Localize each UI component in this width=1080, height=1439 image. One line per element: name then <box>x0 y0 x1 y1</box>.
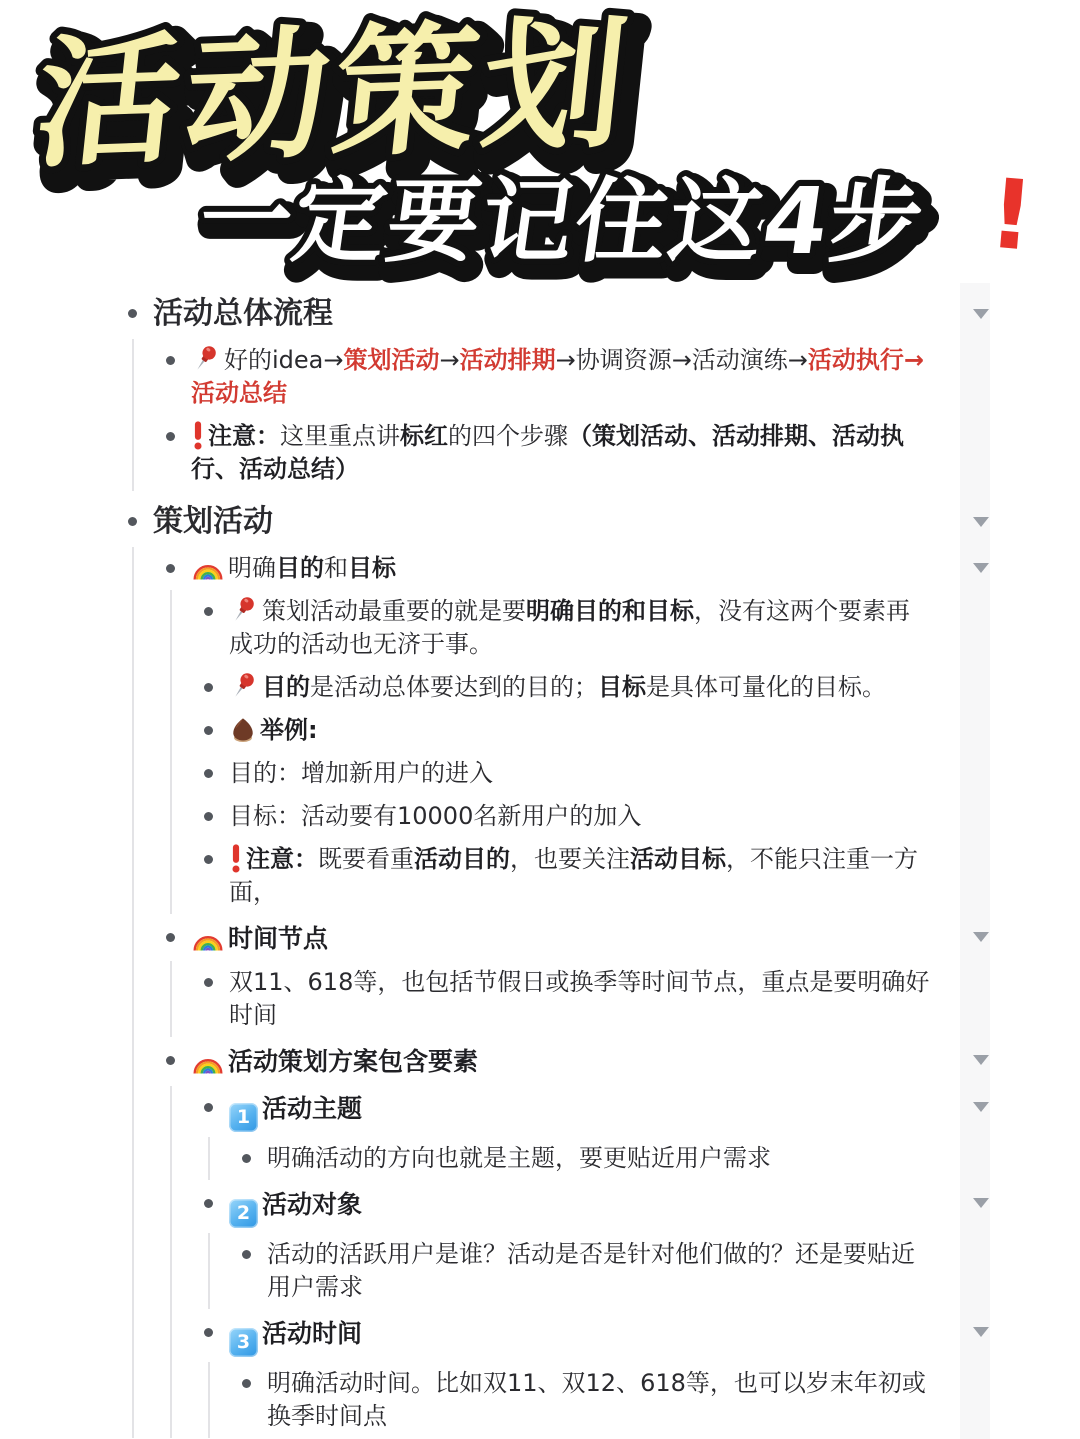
bullet-dot[interactable] <box>204 855 213 864</box>
bullet-dot[interactable] <box>204 1328 213 1337</box>
bullet-area <box>128 502 153 526</box>
outline-node-purpose-vs-target-item: 目的是活动总体要达到的目的；目标是具体可量化的目标。 <box>204 666 1080 709</box>
text-segment: 和 <box>324 554 348 582</box>
bullet-area <box>204 1187 229 1208</box>
node-text: 目的是活动总体要达到的目的；目标是具体可量化的目标。 <box>229 671 930 704</box>
collapse-arrow-icon[interactable] <box>973 1327 989 1337</box>
chestnut-icon <box>229 716 257 744</box>
text-segment: 活动主题 <box>262 1094 362 1123</box>
rainbow-icon <box>191 923 225 953</box>
node-text: 活动策划方案包含要素 <box>191 1044 930 1079</box>
theme-item[interactable]: 1活动主题 <box>204 1086 1080 1137</box>
text-segment: 策划活动 <box>343 346 439 374</box>
node-text: 目标：活动要有10000名新用户的加入 <box>229 800 930 833</box>
keycap-1-icon: 1 <box>229 1103 258 1132</box>
purpose-vs-target-item[interactable]: 目的是活动总体要达到的目的；目标是具体可量化的目标。 <box>204 666 1080 709</box>
text-segment: 明确活动的方向也就是主题，要更贴近用户需求 <box>267 1144 771 1172</box>
bullet-area <box>166 420 191 441</box>
time-item[interactable]: 3活动时间 <box>204 1311 1080 1362</box>
outline-node-plan-elements-item: 活动策划方案包含要素1活动主题明确活动的方向也就是主题，要更贴近用户需求2活动对… <box>166 1039 1080 1438</box>
node-text: 明确活动时间。比如双11、双12、618等，也可以岁末年初或换季时间点 <box>267 1367 930 1433</box>
node-text: 举例: <box>229 714 930 747</box>
bullet-dot[interactable] <box>204 607 213 616</box>
text-segment: 这里重点讲 <box>280 422 400 450</box>
text-segment: ，也要关注 <box>510 845 630 873</box>
outline: 活动总体流程好的idea→策划活动→活动排期→协调资源→活动演练→活动执行→活动… <box>0 283 1080 1438</box>
text-segment: 活动对象 <box>262 1190 362 1219</box>
theme-detail-item[interactable]: 明确活动的方向也就是主题，要更贴近用户需求 <box>242 1137 1080 1180</box>
keycap-3-icon: 3 <box>229 1328 258 1357</box>
bullet-dot[interactable] <box>166 1056 175 1065</box>
node-text: 活动的活跃用户是谁？活动是否是针对他们做的？还是要贴近用户需求 <box>267 1238 930 1304</box>
text-segment: 目的 <box>276 554 324 582</box>
title-art: 活动策划 活动策划 一定要记住这4步 一定要记住这4步 ! <box>0 0 1080 283</box>
text-segment: 目标 <box>348 554 396 582</box>
pushpin-icon <box>191 344 221 374</box>
text-segment: 是具体可量化的目标。 <box>646 673 886 701</box>
text-segment: 策划活动最重要的就是要 <box>262 597 526 625</box>
text-segment: 目标 <box>598 673 646 701</box>
node-text: 策划活动最重要的就是要明确目的和目标，没有这两个要素再成功的活动也无济于事。 <box>229 595 930 661</box>
example-item[interactable]: 举例: <box>204 709 1080 752</box>
bullet-dot[interactable] <box>204 726 213 735</box>
text-segment: 是活动总体要达到的目的； <box>310 673 598 701</box>
bullet-area <box>204 671 229 692</box>
children-of-overall-process-header: 好的idea→策划活动→活动排期→协调资源→活动演练→活动执行→活动总结注意：这… <box>132 339 1080 491</box>
outline-node-audience-detail-item: 活动的活跃用户是谁？活动是否是针对他们做的？还是要贴近用户需求 <box>242 1233 1080 1309</box>
collapse-arrow-icon[interactable] <box>973 563 989 573</box>
children-of-time-item: 明确活动时间。比如双11、双12、618等，也可以岁末年初或换季时间点 <box>208 1362 1080 1438</box>
outline-node-example-item: 举例: <box>204 709 1080 752</box>
collapse-arrow-icon[interactable] <box>973 517 989 527</box>
bullet-area <box>166 552 191 573</box>
rainbow-icon <box>191 1046 225 1076</box>
title-sub: 一定要记住这4步 <box>192 167 931 274</box>
bullet-dot[interactable] <box>128 517 137 526</box>
target-example-item[interactable]: 目标：活动要有10000名新用户的加入 <box>204 795 1080 838</box>
outline-node-time-item: 3活动时间明确活动时间。比如双11、双12、618等，也可以岁末年初或换季时间点 <box>204 1311 1080 1438</box>
bullet-dot[interactable] <box>166 933 175 942</box>
overall-process-header[interactable]: 活动总体流程 <box>128 289 1080 339</box>
text-segment: 明确 <box>228 554 276 582</box>
text-segment: 活动的活跃用户是谁？活动是否是针对他们做的？还是要贴近用户需求 <box>267 1240 915 1301</box>
bullet-area <box>166 1044 191 1065</box>
text-segment: → <box>439 346 459 374</box>
text-segment: 明确活动时间。比如双11、双12、618等，也可以岁末年初或换季时间点 <box>267 1369 926 1430</box>
outline-node-time-detail-item: 明确活动时间。比如双11、双12、618等，也可以岁末年初或换季时间点 <box>242 1362 1080 1438</box>
bullet-dot[interactable] <box>166 356 175 365</box>
pushpin-icon <box>229 671 259 701</box>
bullet-dot[interactable] <box>242 1250 251 1259</box>
collapse-arrow-icon[interactable] <box>973 932 989 942</box>
bullet-area <box>204 800 229 821</box>
node-text: 目的：增加新用户的进入 <box>229 757 930 790</box>
text-segment: 目的 <box>262 673 310 701</box>
outline-node-attention-balance-item: 注意：既要看重活动目的，也要关注活动目标，不能只注重一方面， <box>204 838 1080 914</box>
bullet-dot[interactable] <box>128 309 137 318</box>
outline-node-purpose-example-item: 目的：增加新用户的进入 <box>204 752 1080 795</box>
bullet-area <box>166 921 191 942</box>
text-segment: 标红 <box>400 422 448 450</box>
node-text: 双11、618等，也包括节假日或换季等时间节点，重点是要明确好时间 <box>229 966 930 1032</box>
text-segment: 的四个步骤 <box>448 422 568 450</box>
collapse-arrow-icon[interactable] <box>973 309 989 319</box>
collapse-arrow-icon[interactable] <box>973 1102 989 1112</box>
node-text: 活动总体流程 <box>153 294 930 334</box>
collapse-arrow-icon[interactable] <box>973 1055 989 1065</box>
planning-header[interactable]: 策划活动 <box>128 497 1080 547</box>
bullet-area <box>242 1238 267 1259</box>
text-segment: 注意： <box>246 845 318 873</box>
outline-node-time-node-item: 时间节点双11、618等，也包括节假日或换季等时间节点，重点是要明确好时间 <box>166 916 1080 1037</box>
bullet-dot[interactable] <box>204 769 213 778</box>
children-of-clarify-goals-item: 策划活动最重要的就是要明确目的和目标，没有这两个要素再成功的活动也无济于事。目的… <box>170 590 1080 914</box>
audience-item[interactable]: 2活动对象 <box>204 1182 1080 1233</box>
children-of-audience-item: 活动的活跃用户是谁？活动是否是针对他们做的？还是要贴近用户需求 <box>208 1233 1080 1309</box>
text-segment: 注意： <box>208 422 280 450</box>
outline-node-time-node-detail-item: 双11、618等，也包括节假日或换季等时间节点，重点是要明确好时间 <box>204 961 1080 1037</box>
bullet-dot[interactable] <box>204 683 213 692</box>
bullet-area <box>204 714 229 735</box>
collapse-arrow-icon[interactable] <box>973 1198 989 1208</box>
bullet-area <box>204 757 229 778</box>
text-segment: →协调资源→活动演练→ <box>556 346 808 374</box>
node-text: 好的idea→策划活动→活动排期→协调资源→活动演练→活动执行→活动总结 <box>191 344 930 410</box>
bullet-area <box>204 1316 229 1337</box>
bullet-dot[interactable] <box>166 432 175 441</box>
bullet-area <box>204 843 229 864</box>
outline-node-overall-process-header: 活动总体流程好的idea→策划活动→活动排期→协调资源→活动演练→活动执行→活动… <box>128 289 1080 491</box>
keycap-2-icon: 2 <box>229 1199 258 1228</box>
exclamation-icon <box>229 843 243 873</box>
node-text: 3活动时间 <box>229 1316 930 1357</box>
children-of-time-node-item: 双11、618等，也包括节假日或换季等时间节点，重点是要明确好时间 <box>170 961 1080 1037</box>
node-text: 策划活动 <box>153 502 930 542</box>
bullet-dot[interactable] <box>242 1379 251 1388</box>
bullet-dot[interactable] <box>204 1103 213 1112</box>
node-text: 明确目的和目标 <box>191 552 930 585</box>
pushpin-icon <box>229 595 259 625</box>
outline-node-clarify-goals-item: 明确目的和目标策划活动最重要的就是要明确目的和目标，没有这两个要素再成功的活动也… <box>166 547 1080 914</box>
bullet-dot[interactable] <box>204 812 213 821</box>
bullet-area <box>242 1142 267 1163</box>
node-text: 2活动对象 <box>229 1187 930 1228</box>
time-detail-item[interactable]: 明确活动时间。比如双11、双12、618等，也可以岁末年初或换季时间点 <box>242 1362 1080 1438</box>
bullet-area <box>128 294 153 318</box>
text-segment: 时间节点 <box>228 924 328 953</box>
text-segment: 活动时间 <box>262 1319 362 1348</box>
bullet-dot[interactable] <box>166 564 175 573</box>
outline-node-audience-item: 2活动对象活动的活跃用户是谁？活动是否是针对他们做的？还是要贴近用户需求 <box>204 1182 1080 1309</box>
text-segment: 活动策划方案包含要素 <box>228 1047 478 1076</box>
bullet-area <box>204 966 229 987</box>
node-text: 1活动主题 <box>229 1091 930 1132</box>
text-segment: 活动总体流程 <box>153 296 333 331</box>
text-segment: 好的idea→ <box>224 346 343 374</box>
time-node-detail-item[interactable]: 双11、618等，也包括节假日或换季等时间节点，重点是要明确好时间 <box>204 961 1080 1037</box>
outline-node-goals-importance-item: 策划活动最重要的就是要明确目的和目标，没有这两个要素再成功的活动也无济于事。 <box>204 590 1080 666</box>
bullet-area <box>204 595 229 616</box>
text-segment: 既要看重 <box>318 845 414 873</box>
text-segment: 目标：活动要有10000名新用户的加入 <box>229 802 641 830</box>
outline-node-theme-detail-item: 明确活动的方向也就是主题，要更贴近用户需求 <box>242 1137 1080 1180</box>
text-segment: 目的：增加新用户的进入 <box>229 759 493 787</box>
bullet-area <box>204 1091 229 1112</box>
outline-node-idea-flow-item: 好的idea→策划活动→活动排期→协调资源→活动演练→活动执行→活动总结 <box>166 339 1080 415</box>
outline-node-target-example-item: 目标：活动要有10000名新用户的加入 <box>204 795 1080 838</box>
plan-elements-item[interactable]: 活动策划方案包含要素 <box>166 1039 1080 1084</box>
audience-detail-item[interactable]: 活动的活跃用户是谁？活动是否是针对他们做的？还是要贴近用户需求 <box>242 1233 1080 1309</box>
text-segment: 活动目的 <box>414 845 510 873</box>
outline-node-planning-header: 策划活动明确目的和目标策划活动最重要的就是要明确目的和目标，没有这两个要素再成功… <box>128 497 1080 1438</box>
title-main: 活动策划 <box>29 1 641 187</box>
node-text: 注意：这里重点讲标红的四个步骤（策划活动、活动排期、活动执行、活动总结） <box>191 420 930 486</box>
purpose-example-item[interactable]: 目的：增加新用户的进入 <box>204 752 1080 795</box>
text-segment: 举例: <box>260 716 318 744</box>
goals-importance-item[interactable]: 策划活动最重要的就是要明确目的和目标，没有这两个要素再成功的活动也无济于事。 <box>204 590 1080 666</box>
text-segment: 活动排期 <box>460 346 556 374</box>
children-of-theme-item: 明确活动的方向也就是主题，要更贴近用户需求 <box>208 1137 1080 1180</box>
bullet-dot[interactable] <box>204 978 213 987</box>
exclamation-icon <box>191 420 205 450</box>
node-text: 明确活动的方向也就是主题，要更贴近用户需求 <box>267 1142 930 1175</box>
rainbow-icon <box>191 552 225 582</box>
bullet-area <box>242 1367 267 1388</box>
children-of-plan-elements-item: 1活动主题明确活动的方向也就是主题，要更贴近用户需求2活动对象活动的活跃用户是谁… <box>170 1086 1080 1438</box>
idea-flow-item[interactable]: 好的idea→策划活动→活动排期→协调资源→活动演练→活动执行→活动总结 <box>166 339 1080 415</box>
clarify-goals-item[interactable]: 明确目的和目标 <box>166 547 1080 590</box>
bullet-dot[interactable] <box>204 1199 213 1208</box>
text-segment: 双11、618等，也包括节假日或换季等时间节点，重点是要明确好时间 <box>229 968 929 1029</box>
attention-balance-item[interactable]: 注意：既要看重活动目的，也要关注活动目标，不能只注重一方面， <box>204 838 1080 914</box>
bullet-dot[interactable] <box>242 1154 251 1163</box>
outline-node-attention-steps-item: 注意：这里重点讲标红的四个步骤（策划活动、活动排期、活动执行、活动总结） <box>166 415 1080 491</box>
title-block: 活动策划 活动策划 一定要记住这4步 一定要记住这4步 ! <box>0 0 1080 283</box>
node-text: 时间节点 <box>191 921 930 956</box>
text-segment: 策划活动 <box>153 504 273 539</box>
attention-steps-item[interactable]: 注意：这里重点讲标红的四个步骤（策划活动、活动排期、活动执行、活动总结） <box>166 415 1080 491</box>
text-segment: 活动目标 <box>630 845 726 873</box>
time-node-item[interactable]: 时间节点 <box>166 916 1080 961</box>
title-exclamation: ! <box>985 157 1038 272</box>
children-of-planning-header: 明确目的和目标策划活动最重要的就是要明确目的和目标，没有这两个要素再成功的活动也… <box>132 547 1080 1438</box>
node-text: 注意：既要看重活动目的，也要关注活动目标，不能只注重一方面， <box>229 843 930 909</box>
bullet-area <box>166 344 191 365</box>
text-segment: 明确目的和目标 <box>526 597 694 625</box>
outline-node-theme-item: 1活动主题明确活动的方向也就是主题，要更贴近用户需求 <box>204 1086 1080 1180</box>
page: 活动策划 活动策划 一定要记住这4步 一定要记住这4步 ! 活动总体流程好的id… <box>0 0 1080 1439</box>
